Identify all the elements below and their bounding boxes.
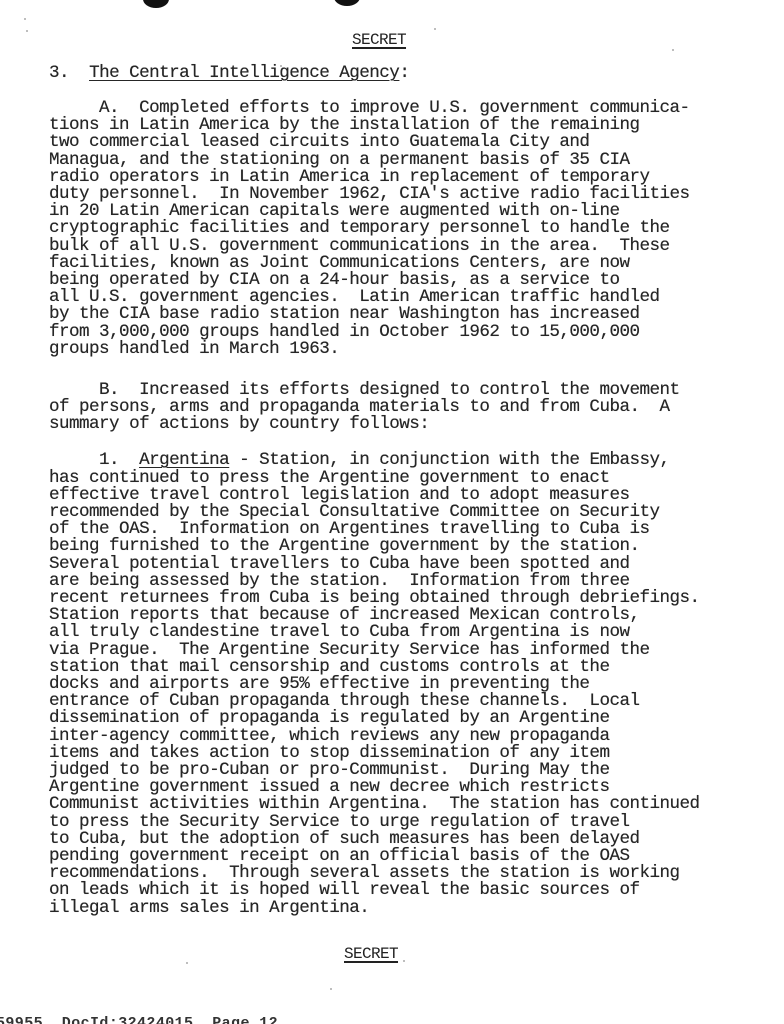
punch-hole-mark <box>143 0 169 8</box>
item-1-line: being furnished to the Argentine governm… <box>49 538 700 555</box>
section-title-colon: : <box>399 63 409 83</box>
document-page: SECRET 3. The Central Intelligence Agenc… <box>0 0 784 1024</box>
item-1-first-line: 1. Argentina - Station, in conjunction w… <box>49 452 670 469</box>
section-title: The Central Intelligence Agency <box>89 63 399 83</box>
scan-speck <box>434 28 436 30</box>
item-1-line: illegal arms sales in Argentina. <box>49 900 700 917</box>
item-1-body: has continued to press the Argentine gov… <box>49 470 700 917</box>
section-heading: 3. The Central Intelligence Agency: <box>49 65 409 82</box>
classification-marking-top: SECRET <box>352 31 406 49</box>
paragraph-b-line: summary of actions by country follows: <box>49 416 680 433</box>
paragraph-b: B. Increased its efforts designed to con… <box>49 382 680 434</box>
item-1-line: Communist activities within Argentina. T… <box>49 796 700 813</box>
scan-speck <box>403 960 405 962</box>
item-1-line: all truly clandestine travel to Cuba fro… <box>49 624 700 641</box>
item-1-prefix: 1. <box>49 450 139 470</box>
document-id-footer: 59955 DocId:32424015 Page 12 <box>0 1015 278 1024</box>
classification-marking-bottom: SECRET <box>344 945 398 963</box>
scan-speck <box>672 49 674 51</box>
item-1-line: dissemination of propaganda is regulated… <box>49 710 700 727</box>
scan-speck <box>24 18 26 20</box>
punch-hole-mark <box>334 0 360 6</box>
paragraph-a-line: groups handled in March 1963. <box>49 341 690 358</box>
item-1-line: on leads which it is hoped will reveal t… <box>49 882 700 899</box>
scan-speck <box>186 962 188 964</box>
scan-speck <box>26 30 28 32</box>
section-number: 3. <box>49 63 69 83</box>
paragraph-a: A. Completed efforts to improve U.S. gov… <box>49 100 690 358</box>
item-1-first-line-rest: - Station, in conjunction with the Embas… <box>229 450 669 470</box>
scan-speck <box>330 988 332 990</box>
item-1-country: Argentina <box>139 450 229 470</box>
